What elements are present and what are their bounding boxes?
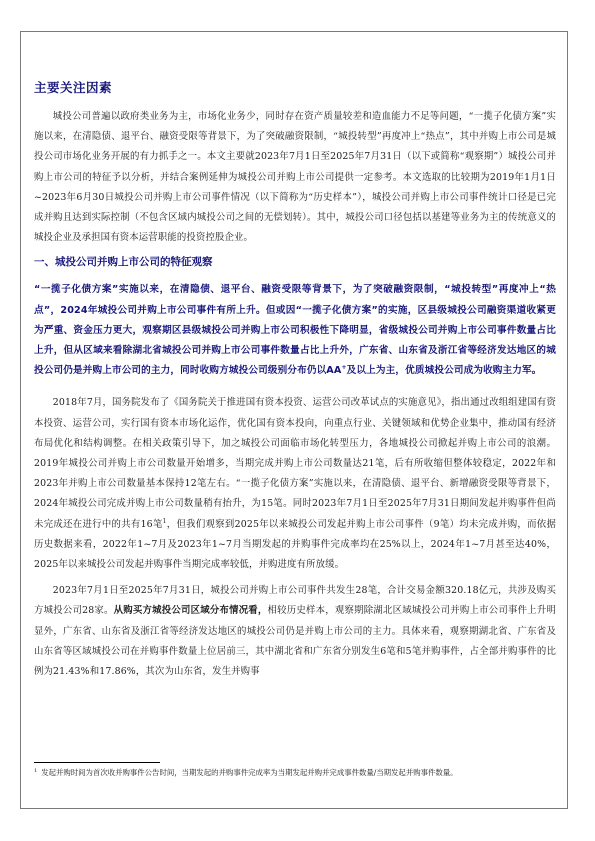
policy-paragraph: 2018年7月，国务院发布了《国务院关于推进国有资本投资、运营公司改革试点的实施…	[34, 393, 556, 575]
section-title: 一、城投公司并购上市公司的特征观察	[34, 254, 556, 269]
summary-paragraph: “一揽子化债方案”实施以来，在清隐债、退平台、融资受限等背景下，为了突破融资限制…	[34, 280, 556, 381]
footnote: 1发起并购时间为首次收并购事件公告时间，当期发起的并购事件完成率为当期发起并购并…	[34, 768, 556, 778]
regional-paragraph: 2023年7月1日至2025年7月31日，城投公司并购上市公司事件共发生28笔，…	[34, 581, 556, 682]
regional-bold-lead: 从购买方城投公司区域分布情况看，	[114, 605, 268, 616]
footnote-number: 1	[34, 768, 37, 774]
summary-text-b: 及以上为主，优质城投公司成为收购主力军。	[347, 365, 542, 376]
document-body: 主要关注因素 城投公司普遍以政府类业务为主，市场化业务少，同时存在资产质量较差和…	[34, 78, 556, 682]
page-heading: 主要关注因素	[34, 78, 556, 96]
intro-paragraph: 城投公司普遍以政府类业务为主，市场化业务少，同时存在资产质量较差和造血能力不足等…	[34, 107, 556, 248]
policy-text-a: 2018年7月，国务院发布了《国务院关于推进国有资本投资、运营公司改革试点的实施…	[34, 397, 556, 529]
footnote-text: 发起并购时间为首次收并购事件公告时间，当期发起的并购事件完成率为当期发起并购并完…	[41, 768, 457, 777]
summary-text-a: “一揽子化债方案”实施以来，在清隐债、退平台、融资受限等背景下，为了突破融资限制…	[34, 284, 556, 376]
footnote-divider	[34, 762, 160, 763]
